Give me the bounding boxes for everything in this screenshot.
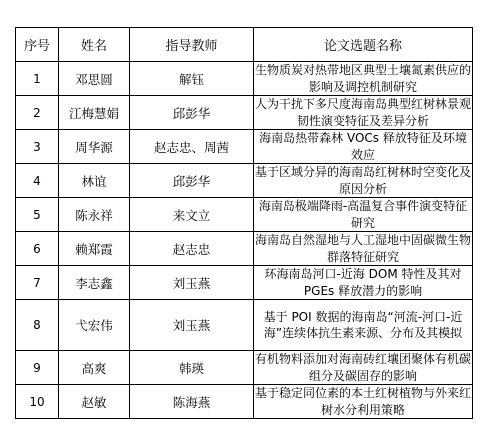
row-index: 1: [16, 62, 59, 96]
student-name: 陈永祥: [59, 198, 130, 232]
header-title: 论文选题名称: [254, 28, 473, 62]
student-name: 高爽: [59, 351, 130, 385]
row-index: 5: [16, 198, 59, 232]
row-index: 6: [16, 232, 59, 266]
advisor-name: 韩瑛: [130, 351, 254, 385]
row-index: 3: [16, 130, 59, 164]
row-index: 10: [16, 385, 59, 419]
row-index: 9: [16, 351, 59, 385]
table-row: 5 陈永祥 来文立 海南岛极端降雨-高温复合事件演变特征研究: [16, 198, 473, 232]
advisor-name: 邱彭华: [130, 164, 254, 198]
advisor-name: 来文立: [130, 198, 254, 232]
table-row: 9 高爽 韩瑛 有机物料添加对海南砖红壤团聚体有机碳组分及碳固存的影响: [16, 351, 473, 385]
student-name: 江梅慧娟: [59, 96, 130, 130]
student-name: 林谊: [59, 164, 130, 198]
thesis-title: 人为干扰下多尺度海南岛典型红树林景观韧性演变特征及差异分析: [254, 96, 473, 130]
row-index: 2: [16, 96, 59, 130]
table-row: 4 林谊 邱彭华 基于区域分异的海南岛红树林时空变化及原因分析: [16, 164, 473, 198]
table-row: 10 赵敏 陈海燕 基于稳定同位素的本土红树植物与外来红树水分利用策略: [16, 385, 473, 419]
table-row: 6 赖郑霞 赵志忠 海南岛自然湿地与人工湿地中固碳微生物群落特征研究: [16, 232, 473, 266]
header-row: 序号 姓名 指导教师 论文选题名称: [16, 28, 473, 62]
table-row: 3 周华源 赵志忠、周茜 海南岛热带森林 VOCs 释放特征及环境效应: [16, 130, 473, 164]
advisor-name: 赵志忠: [130, 232, 254, 266]
row-index: 7: [16, 266, 59, 300]
row-index: 8: [16, 300, 59, 351]
thesis-title: 有机物料添加对海南砖红壤团聚体有机碳组分及碳固存的影响: [254, 351, 473, 385]
thesis-title: 海南岛自然湿地与人工湿地中固碳微生物群落特征研究: [254, 232, 473, 266]
table-row: 2 江梅慧娟 邱彭华 人为干扰下多尺度海南岛典型红树林景观韧性演变特征及差异分析: [16, 96, 473, 130]
thesis-title: 海南岛极端降雨-高温复合事件演变特征研究: [254, 198, 473, 232]
table-row: 8 弋宏伟 刘玉燕 基于 POI 数据的海南岛“河流-河口-近海”连续体抗生素来…: [16, 300, 473, 351]
advisor-name: 陈海燕: [130, 385, 254, 419]
header-advisor: 指导教师: [130, 28, 254, 62]
thesis-title: 基于 POI 数据的海南岛“河流-河口-近海”连续体抗生素来源、分布及其模拟: [254, 300, 473, 351]
table-row: 1 邓思圆 解钰 生物质炭对热带地区典型土壤氮素供应的影响及调控机制研究: [16, 62, 473, 96]
advisor-name: 刘玉燕: [130, 266, 254, 300]
advisor-name: 赵志忠、周茜: [130, 130, 254, 164]
table-row: 7 李志鑫 刘玉燕 环海南岛河口-近海 DOM 特性及其对 PGEs 释放潜力的…: [16, 266, 473, 300]
student-name: 赖郑霞: [59, 232, 130, 266]
advisor-name: 解钰: [130, 62, 254, 96]
student-name: 邓思圆: [59, 62, 130, 96]
student-name: 周华源: [59, 130, 130, 164]
header-name: 姓名: [59, 28, 130, 62]
student-name: 李志鑫: [59, 266, 130, 300]
thesis-title: 海南岛热带森林 VOCs 释放特征及环境效应: [254, 130, 473, 164]
advisor-name: 刘玉燕: [130, 300, 254, 351]
student-name: 赵敏: [59, 385, 130, 419]
thesis-title: 生物质炭对热带地区典型土壤氮素供应的影响及调控机制研究: [254, 62, 473, 96]
row-index: 4: [16, 164, 59, 198]
advisor-name: 邱彭华: [130, 96, 254, 130]
thesis-topics-table: 序号 姓名 指导教师 论文选题名称 1 邓思圆 解钰 生物质炭对热带地区典型土壤…: [15, 27, 473, 419]
student-name: 弋宏伟: [59, 300, 130, 351]
header-index: 序号: [16, 28, 59, 62]
thesis-title: 基于区域分异的海南岛红树林时空变化及原因分析: [254, 164, 473, 198]
thesis-title: 环海南岛河口-近海 DOM 特性及其对 PGEs 释放潜力的影响: [254, 266, 473, 300]
thesis-title: 基于稳定同位素的本土红树植物与外来红树水分利用策略: [254, 385, 473, 419]
